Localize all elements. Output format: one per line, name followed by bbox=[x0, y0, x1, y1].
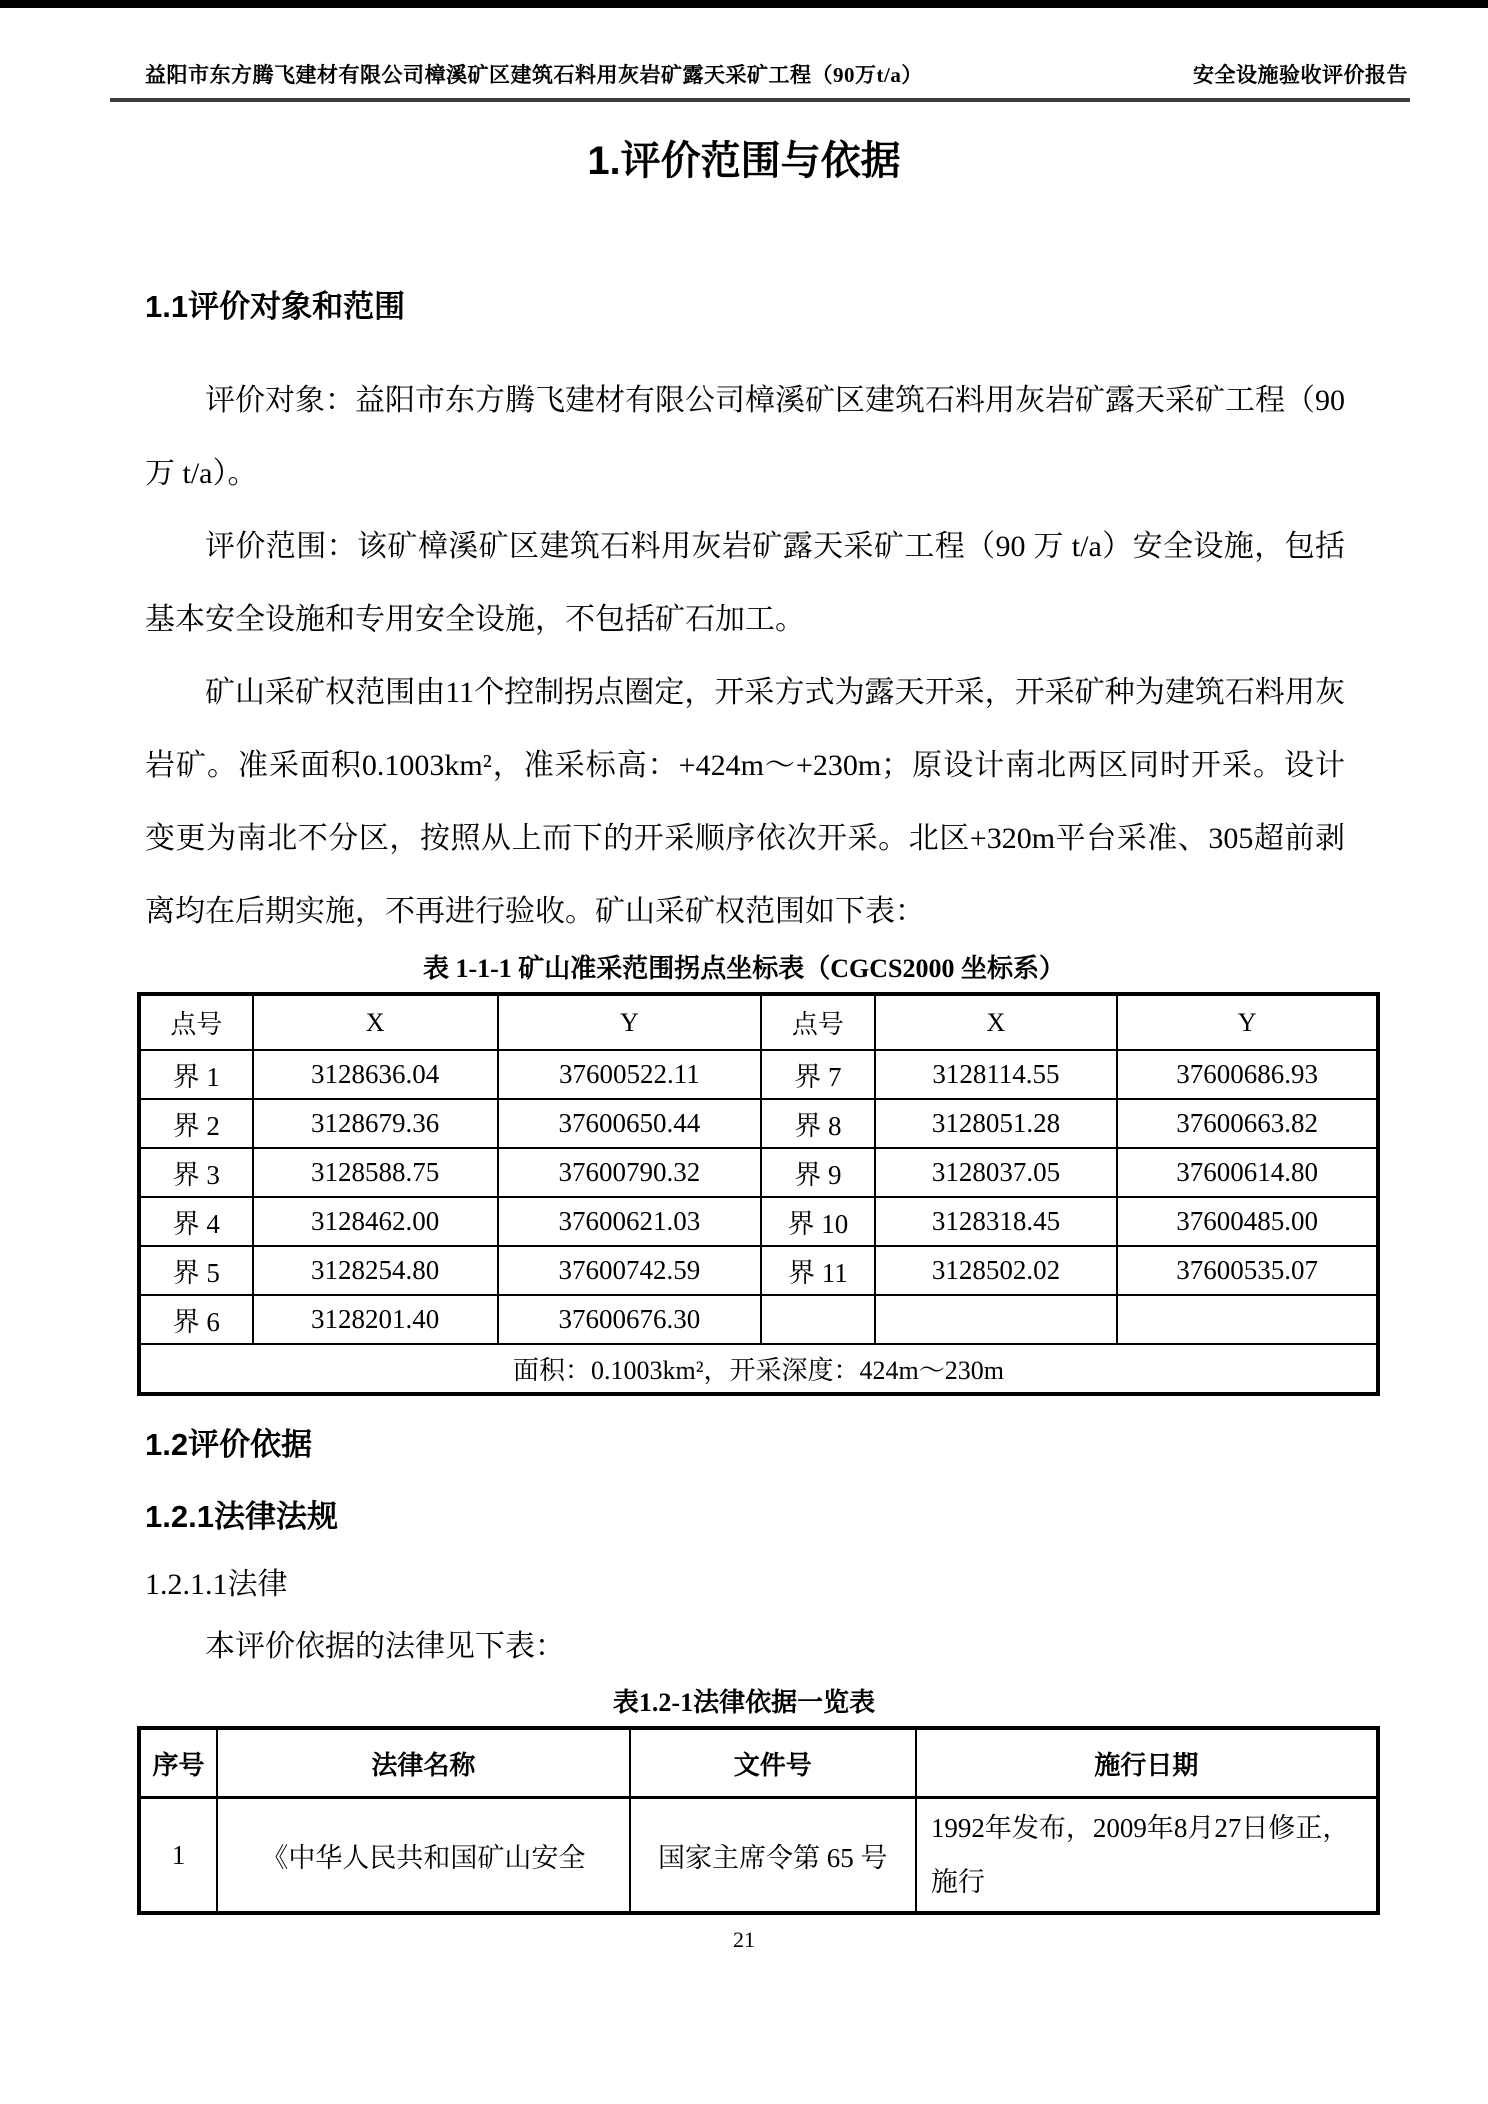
column-header: 序号 bbox=[139, 1728, 217, 1798]
table-cell: 3128318.45 bbox=[875, 1197, 1118, 1246]
table-cell: 37600522.11 bbox=[498, 1050, 761, 1099]
section-heading-1-2-1: 1.2.1法律法规 bbox=[145, 1496, 1345, 1538]
table-cell: 37600742.59 bbox=[498, 1246, 761, 1295]
table-cell: 1992年发布，2009年8月27日修正，施行 bbox=[916, 1798, 1378, 1914]
header-right-title: 安全设施验收评价报告 bbox=[1193, 62, 1408, 88]
table-cell bbox=[875, 1295, 1118, 1344]
section-1-1-body: 评价对象：益阳市东方腾飞建材有限公司樟溪矿区建筑石料用灰岩矿露天采矿工程（90 … bbox=[145, 364, 1345, 948]
section-heading-1-1: 1.1评价对象和范围 bbox=[145, 286, 1345, 328]
table-cell: 界 1 bbox=[139, 1050, 253, 1099]
column-header: 施行日期 bbox=[916, 1728, 1378, 1798]
table-cell: 37600485.00 bbox=[1117, 1197, 1378, 1246]
table-cell: 界 3 bbox=[139, 1148, 253, 1197]
table-cell: 《中华人民共和国矿山安全 bbox=[217, 1798, 630, 1914]
table-row: 界 5 3128254.80 37600742.59 界 11 3128502.… bbox=[139, 1246, 1378, 1295]
header-rule bbox=[110, 98, 1410, 102]
table-cell: 37600686.93 bbox=[1117, 1050, 1378, 1099]
chapter-title: 1.评价范围与依据 bbox=[110, 134, 1378, 188]
table-cell: 界 5 bbox=[139, 1246, 253, 1295]
table-cell: 3128636.04 bbox=[253, 1050, 498, 1099]
paragraph: 评价对象：益阳市东方腾飞建材有限公司樟溪矿区建筑石料用灰岩矿露天采矿工程（90 … bbox=[145, 364, 1345, 510]
table-cell: 国家主席令第 65 号 bbox=[630, 1798, 916, 1914]
table-cell: 界 7 bbox=[761, 1050, 875, 1099]
paragraph: 矿山采矿权范围由11个控制拐点圈定，开采方式为露天开采，开采矿种为建筑石料用灰岩… bbox=[145, 656, 1345, 948]
paragraph: 评价范围：该矿樟溪矿区建筑石料用灰岩矿露天采矿工程（90 万 t/a）安全设施，… bbox=[145, 510, 1345, 656]
table-row: 界 1 3128636.04 37600522.11 界 7 3128114.5… bbox=[139, 1050, 1378, 1099]
table-cell: 3128114.55 bbox=[875, 1050, 1118, 1099]
laws-intro-paragraph: 本评价依据的法律见下表： bbox=[145, 1622, 1345, 1672]
column-header: 点号 bbox=[761, 994, 875, 1050]
column-header: 文件号 bbox=[630, 1728, 916, 1798]
section-heading-1-2: 1.2评价依据 bbox=[145, 1424, 1345, 1466]
column-header: X bbox=[253, 994, 498, 1050]
table-cell: 3128679.36 bbox=[253, 1099, 498, 1148]
table-cell: 37600535.07 bbox=[1117, 1246, 1378, 1295]
table-cell: 3128201.40 bbox=[253, 1295, 498, 1344]
laws-table: 序号 法律名称 文件号 施行日期 1 《中华人民共和国矿山安全 国家主席令第 6… bbox=[137, 1726, 1380, 1915]
table-cell: 37600663.82 bbox=[1117, 1099, 1378, 1148]
column-header: Y bbox=[1117, 994, 1378, 1050]
table-cell: 界 11 bbox=[761, 1246, 875, 1295]
table-row: 界 4 3128462.00 37600621.03 界 10 3128318.… bbox=[139, 1197, 1378, 1246]
table-cell: 3128051.28 bbox=[875, 1099, 1118, 1148]
table-cell: 界 6 bbox=[139, 1295, 253, 1344]
table2-caption: 表1.2-1法律依据一览表 bbox=[110, 1686, 1378, 1720]
table-header-row: 点号 X Y 点号 X Y bbox=[139, 994, 1378, 1050]
table-footer-row: 面积：0.1003km²，开采深度：424m～230m bbox=[139, 1344, 1378, 1394]
table-cell: 3128462.00 bbox=[253, 1197, 498, 1246]
table-cell bbox=[1117, 1295, 1378, 1344]
table-cell: 界 4 bbox=[139, 1197, 253, 1246]
table-header-row: 序号 法律名称 文件号 施行日期 bbox=[139, 1728, 1378, 1798]
table1-caption: 表 1-1-1 矿山准采范围拐点坐标表（CGCS2000 坐标系） bbox=[110, 952, 1378, 986]
table-cell: 界 8 bbox=[761, 1099, 875, 1148]
table-cell: 界 10 bbox=[761, 1197, 875, 1246]
document-page: 益阳市东方腾飞建材有限公司樟溪矿区建筑石料用灰岩矿露天采矿工程（90万t/a） … bbox=[0, 0, 1488, 2104]
table-cell bbox=[761, 1295, 875, 1344]
page-number: 21 bbox=[0, 1927, 1488, 1953]
table-footer-cell: 面积：0.1003km²，开采深度：424m～230m bbox=[139, 1344, 1378, 1394]
table-cell: 37600676.30 bbox=[498, 1295, 761, 1344]
running-header: 益阳市东方腾飞建材有限公司樟溪矿区建筑石料用灰岩矿露天采矿工程（90万t/a） … bbox=[145, 8, 1408, 88]
table-cell: 37600614.80 bbox=[1117, 1148, 1378, 1197]
table-cell: 3128037.05 bbox=[875, 1148, 1118, 1197]
column-header: 点号 bbox=[139, 994, 253, 1050]
table-cell: 1 bbox=[139, 1798, 217, 1914]
column-header: 法律名称 bbox=[217, 1728, 630, 1798]
table-cell: 37600790.32 bbox=[498, 1148, 761, 1197]
table-cell: 3128502.02 bbox=[875, 1246, 1118, 1295]
table-cell: 37600650.44 bbox=[498, 1099, 761, 1148]
table-row: 1 《中华人民共和国矿山安全 国家主席令第 65 号 1992年发布，2009年… bbox=[139, 1798, 1378, 1914]
table-row: 界 3 3128588.75 37600790.32 界 9 3128037.0… bbox=[139, 1148, 1378, 1197]
scan-top-edge bbox=[0, 0, 1488, 8]
table-cell: 3128588.75 bbox=[253, 1148, 498, 1197]
column-header: Y bbox=[498, 994, 761, 1050]
column-header: X bbox=[875, 994, 1118, 1050]
table-cell: 界 9 bbox=[761, 1148, 875, 1197]
table-cell: 3128254.80 bbox=[253, 1246, 498, 1295]
table-row: 界 6 3128201.40 37600676.30 bbox=[139, 1295, 1378, 1344]
table-row: 界 2 3128679.36 37600650.44 界 8 3128051.2… bbox=[139, 1099, 1378, 1148]
table-cell: 37600621.03 bbox=[498, 1197, 761, 1246]
coordinates-table: 点号 X Y 点号 X Y 界 1 3128636.04 37600522.11… bbox=[137, 992, 1380, 1396]
table-cell: 界 2 bbox=[139, 1099, 253, 1148]
header-left-title: 益阳市东方腾飞建材有限公司樟溪矿区建筑石料用灰岩矿露天采矿工程（90万t/a） bbox=[145, 62, 923, 88]
section-heading-1-2-1-1: 1.2.1.1法律 bbox=[145, 1566, 1345, 1604]
